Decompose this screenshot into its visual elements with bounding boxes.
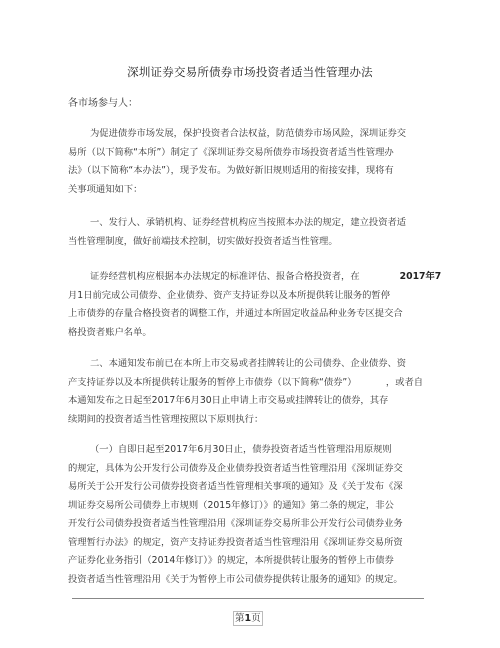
- paragraph-line: 本通知发布之日起至2017年6月30日止申请上市交易或挂牌转让的债券，其存: [68, 392, 438, 411]
- paragraph-line: 为促进债券市场发展，保护投资者合法权益，防范债券市场风险，深圳证券交: [68, 125, 438, 144]
- paragraph-section-2: 二、本通知发布前已在本所上市交易或者挂牌转让的公司债券、企业债券、资 产支持证券…: [68, 355, 438, 429]
- paragraph-line: 圳证券交易所公司债券上市规则（2015年修订）》的通知》第二条的规定，非公: [68, 497, 438, 516]
- page-prefix: 第: [235, 613, 245, 624]
- footer-divider: [72, 598, 424, 599]
- page-suffix: 页: [251, 613, 261, 624]
- paragraph-intro: 为促进债券市场发展，保护投资者合法权益，防范债券市场风险，深圳证券交 易所（以下…: [68, 125, 438, 199]
- salutation: 各市场参与人：: [68, 94, 138, 109]
- paragraph-line-text: 产支持证券以及本所提供转让服务的暂停上市债券（以下简称“债券”）: [68, 377, 352, 388]
- paragraph-line: 投资者适当性管理沿用《关于为暂停上市公司债券提供转让服务的通知》的规定。: [68, 571, 438, 590]
- paragraph-section-1: 一、发行人、承销机构、证券经营机构应当按照本办法的规定，建立投资者适 当性管理制…: [68, 214, 438, 251]
- paragraph-line: 易所关于公开发行公司债券投资者适当性管理相关事项的通知》及《关于发布《深: [68, 478, 438, 497]
- paragraph-line: 续期间的投资者适当性管理按照以下原则执行：: [68, 411, 438, 430]
- paragraph-subsection-1: （一）自即日起至2017年6月30日止，债券投资者适当性管理沿用原规则 的规定，…: [68, 441, 438, 589]
- document-title: 深圳证券交易所债券市场投资者适当性管理办法: [0, 64, 500, 80]
- paragraph-line-text: 证券经营机构应根据本办法规定的标准评估、报备合格投资者，在: [90, 271, 360, 282]
- date-fragment: 2017年7: [400, 271, 442, 282]
- paragraph-line: 产证券化业务指引（2014年修订）》的规定，本所提供转让服务的暂停上市债券: [68, 552, 438, 571]
- paragraph-line: 上市债券的存量合格投资者的调整工作，并通过本所固定收益品种业务专区提交合: [68, 305, 438, 324]
- paragraph-line: 关事项通知如下：: [68, 181, 438, 200]
- paragraph-line: 易所（以下简称“本所”）制定了《深圳证券交易所债券市场投资者适当性管理办: [68, 144, 438, 163]
- paragraph-line: 格投资者账户名单。: [68, 324, 438, 343]
- paragraph-line: 的规定，具体为公开发行公司债券及企业债券投资者适当性管理沿用《深圳证券交: [68, 460, 438, 479]
- paragraph-line: 当性管理制度，做好前端技术控制，切实做好投资者适当性管理。: [68, 233, 438, 252]
- page-number: 第1页: [233, 611, 263, 626]
- document-page: 深圳证券交易所债券市场投资者适当性管理办法 各市场参与人： 为促进债券市场发展，…: [0, 0, 500, 648]
- paragraph-line: 证券经营机构应根据本办法规定的标准评估、报备合格投资者，在2017年7: [68, 268, 438, 287]
- paragraph-line: 管理暂行办法》的规定，资产支持证券投资者适当性管理沿用《深圳证券交易所资: [68, 534, 438, 553]
- paragraph-line: 月1日前完成公司债券、企业债券、资产支持证券以及本所提供转让服务的暂停: [68, 287, 438, 306]
- paragraph-line: 法》（以下简称“本办法”），现予发布。为做好新旧规则适用的衔接安排，现将有: [68, 162, 438, 181]
- paragraph-line: 开发行公司债券投资者适当性管理沿用《深圳证券交易所非公开发行公司债券业务: [68, 515, 438, 534]
- paragraph-line: 一、发行人、承销机构、证券经营机构应当按照本办法的规定，建立投资者适: [68, 214, 438, 233]
- paragraph-line: 产支持证券以及本所提供转让服务的暂停上市债券（以下简称“债券”），或者自: [68, 374, 438, 393]
- paragraph-line: 二、本通知发布前已在本所上市交易或者挂牌转让的公司债券、企业债券、资: [68, 355, 438, 374]
- paragraph-line-text: ，或者自: [386, 377, 423, 388]
- paragraph-line: （一）自即日起至2017年6月30日止，债券投资者适当性管理沿用原规则: [68, 441, 438, 460]
- paragraph-broker-requirement: 证券经营机构应根据本办法规定的标准评估、报备合格投资者，在2017年7 月1日前…: [68, 268, 438, 342]
